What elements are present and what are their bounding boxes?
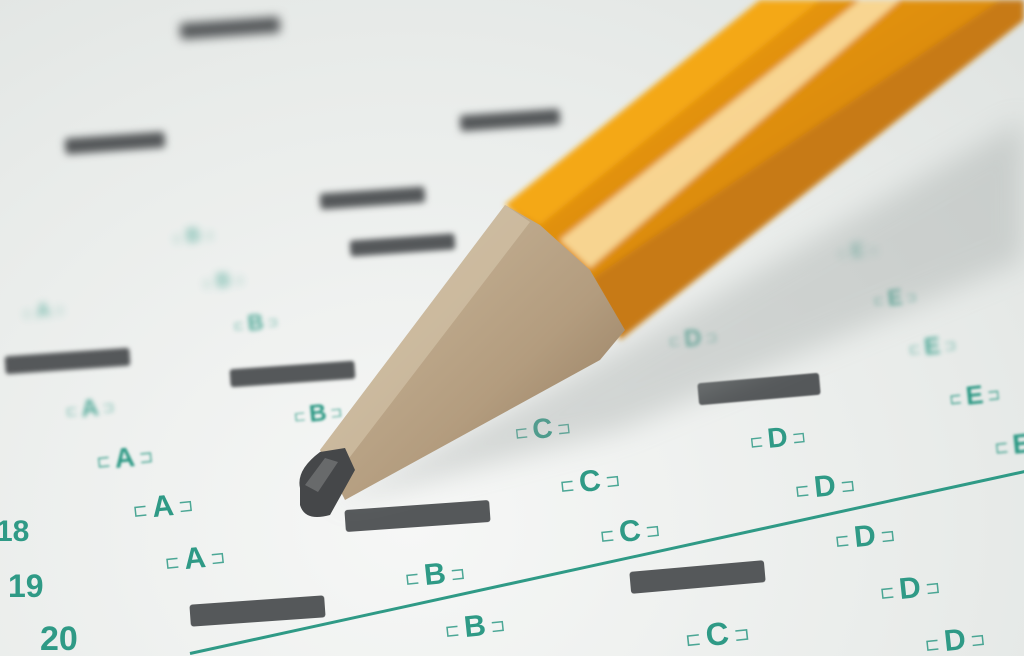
- answer-bubble-b: ⊏B⊐: [438, 606, 511, 647]
- answer-bubble-a: ⊏A⊐: [91, 439, 159, 478]
- pencil-mark: [344, 500, 490, 532]
- pencil-mark: [189, 595, 325, 626]
- answer-bubble-a: ⊏A⊐: [61, 392, 119, 426]
- answer-bubble-c: ⊏C⊐: [593, 511, 666, 552]
- pencil-mark: [5, 348, 131, 375]
- answer-bubble-c: ⊏C⊐: [509, 410, 577, 449]
- pencil-mark: [230, 361, 356, 388]
- pencil-mark: [697, 373, 820, 406]
- answer-bubble-e: ⊏E⊐: [944, 377, 1006, 414]
- answer-bubble-e: ⊏E⊐: [834, 238, 882, 266]
- answer-bubble-a: ⊏A⊐: [126, 486, 199, 527]
- answer-bubble-b: ⊏B⊐: [169, 223, 218, 251]
- pencil-mark: [320, 186, 426, 209]
- answer-bubble-d: ⊏D⊐: [873, 568, 946, 609]
- answer-bubble-d: ⊏D⊐: [744, 419, 812, 458]
- answer-bubble-b: ⊏B⊐: [289, 397, 347, 431]
- photo-scene: 18 19 20 ⊏A⊐⊏A⊐⊏A⊐⊏A⊐⊏B⊐⊏B⊐⊏B⊐⊏B⊐⊏C⊐⊏C⊐⊏…: [0, 0, 1024, 656]
- answer-bubble-d: ⊏D⊐: [918, 620, 991, 656]
- question-number-19: 19: [8, 568, 44, 605]
- answer-bubble-e: ⊏E⊐: [989, 425, 1024, 463]
- question-number-18: 18: [0, 515, 29, 549]
- pencil-mark: [65, 132, 166, 155]
- answer-bubble-e: ⊏E⊐: [904, 330, 961, 364]
- question-number-20: 20: [40, 620, 78, 656]
- pencil-mark: [460, 109, 561, 132]
- answer-bubble-a: ⊏A⊐: [19, 298, 68, 326]
- pencil-mark: [629, 560, 765, 594]
- answer-bubble-e: ⊏E⊐: [869, 282, 921, 313]
- answer-bubble-b: ⊏B⊐: [199, 268, 248, 296]
- pencil-mark: [180, 17, 281, 40]
- answer-sheet: 18 19 20 ⊏A⊐⊏A⊐⊏A⊐⊏A⊐⊏B⊐⊏B⊐⊏B⊐⊏B⊐⊏C⊐⊏C⊐⊏…: [0, 0, 1024, 656]
- answer-bubble-c: ⊏C⊐: [553, 461, 626, 502]
- answer-bubble-d: ⊏D⊐: [828, 516, 901, 557]
- answer-bubble-d: ⊏D⊐: [664, 322, 722, 356]
- answer-bubble-d: ⊏D⊐: [788, 466, 861, 507]
- pencil-mark: [350, 233, 456, 256]
- answer-bubble-b: ⊏B⊐: [398, 554, 471, 595]
- answer-bubble-a: ⊏A⊐: [158, 538, 231, 579]
- answer-bubble-c: ⊏C⊐: [678, 612, 756, 656]
- answer-bubble-b: ⊏B⊐: [229, 307, 283, 338]
